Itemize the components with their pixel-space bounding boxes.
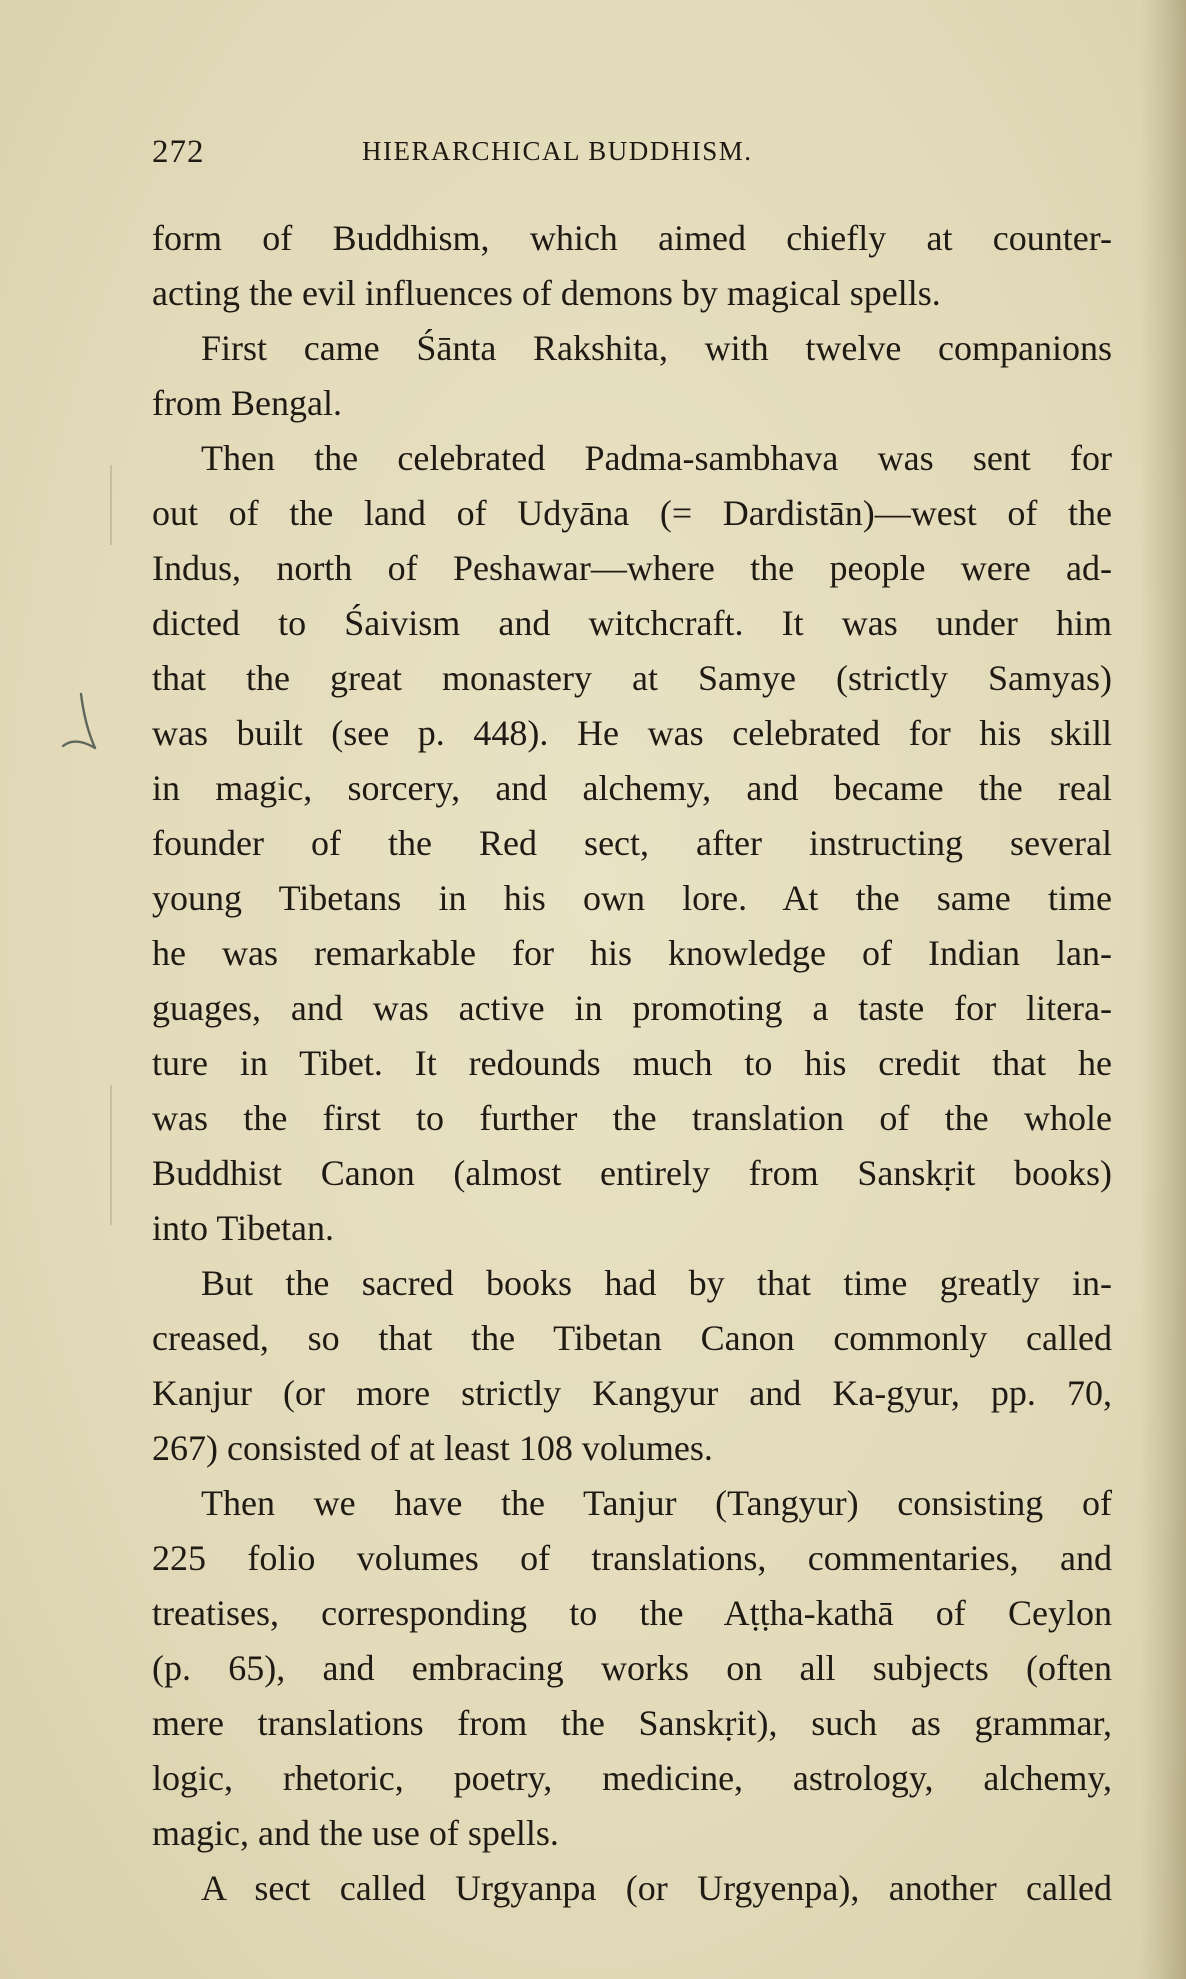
page-number: 272 [152, 134, 205, 171]
text-line: founder of the Red sect, after instructi… [152, 816, 1112, 871]
text-line: acting the evil influences of demons by … [152, 266, 1112, 321]
text-line: ture in Tibet. It redounds much to his c… [152, 1036, 1112, 1091]
text-line: he was remarkable for his knowledge of I… [152, 926, 1112, 981]
margin-rule [110, 1085, 112, 1225]
text-line: Then the celebrated Padma-sambhava was s… [152, 431, 1112, 486]
text-line: logic, rhetoric, poetry, medicine, astro… [152, 1751, 1112, 1806]
book-page: 272 HIERARCHICAL BUDDHISM. form of Buddh… [0, 0, 1186, 1979]
paragraph: Then we have the Tanjur (Tangyur) consis… [152, 1476, 1112, 1861]
text-line: First came Śānta Rakshita, with twelve c… [152, 321, 1112, 376]
text-line: But the sacred books had by that time gr… [152, 1256, 1112, 1311]
text-line: creased, so that the Tibetan Canon commo… [152, 1311, 1112, 1366]
text-line: 267) consisted of at least 108 volumes. [152, 1421, 1112, 1476]
text-line: Then we have the Tanjur (Tangyur) consis… [152, 1476, 1112, 1531]
text-line: Buddhist Canon (almost entirely from San… [152, 1146, 1112, 1201]
text-line: in magic, sorcery, and alchemy, and beca… [152, 761, 1112, 816]
text-line: form of Buddhism, which aimed chiefly at… [152, 211, 1112, 266]
text-line: Kanjur (or more strictly Kangyur and Ka-… [152, 1366, 1112, 1421]
text-line: dicted to Śaivism and witchcraft. It was… [152, 596, 1112, 651]
text-line: out of the land of Udyāna (= Dardistān)—… [152, 486, 1112, 541]
text-line: from Bengal. [152, 376, 1112, 431]
paragraph: Then the celebrated Padma-sambhava was s… [152, 431, 1112, 1256]
text-line: (p. 65), and embracing works on all subj… [152, 1641, 1112, 1696]
running-head: 272 HIERARCHICAL BUDDHISM. [152, 134, 1112, 174]
paragraph: First came Śānta Rakshita, with twelve c… [152, 321, 1112, 431]
text-line: magic, and the use of spells. [152, 1806, 1112, 1861]
text-line: 225 folio volumes of translations, comme… [152, 1531, 1112, 1586]
text-line: was the first to further the translation… [152, 1091, 1112, 1146]
paragraph: But the sacred books had by that time gr… [152, 1256, 1112, 1476]
text-line: A sect called Urgyanpa (or Urgyenpa), an… [152, 1861, 1112, 1916]
paragraph: form of Buddhism, which aimed chiefly at… [152, 211, 1112, 321]
margin-rule [110, 465, 112, 545]
check-mark-icon [55, 690, 105, 760]
text-line: was built (see p. 448). He was celebrate… [152, 706, 1112, 761]
text-line: mere translations from the Sanskṛit), su… [152, 1696, 1112, 1751]
text-line: Indus, north of Peshawar—where the peopl… [152, 541, 1112, 596]
body-text: form of Buddhism, which aimed chiefly at… [152, 211, 1112, 1916]
text-line: young Tibetans in his own lore. At the s… [152, 871, 1112, 926]
text-line: that the great monastery at Samye (stric… [152, 651, 1112, 706]
paragraph: A sect called Urgyanpa (or Urgyenpa), an… [152, 1861, 1112, 1916]
text-line: into Tibetan. [152, 1201, 1112, 1256]
text-line: guages, and was active in promoting a ta… [152, 981, 1112, 1036]
text-line: treatises, corresponding to the Aṭṭha-ka… [152, 1586, 1112, 1641]
running-title: HIERARCHICAL BUDDHISM. [362, 136, 753, 167]
